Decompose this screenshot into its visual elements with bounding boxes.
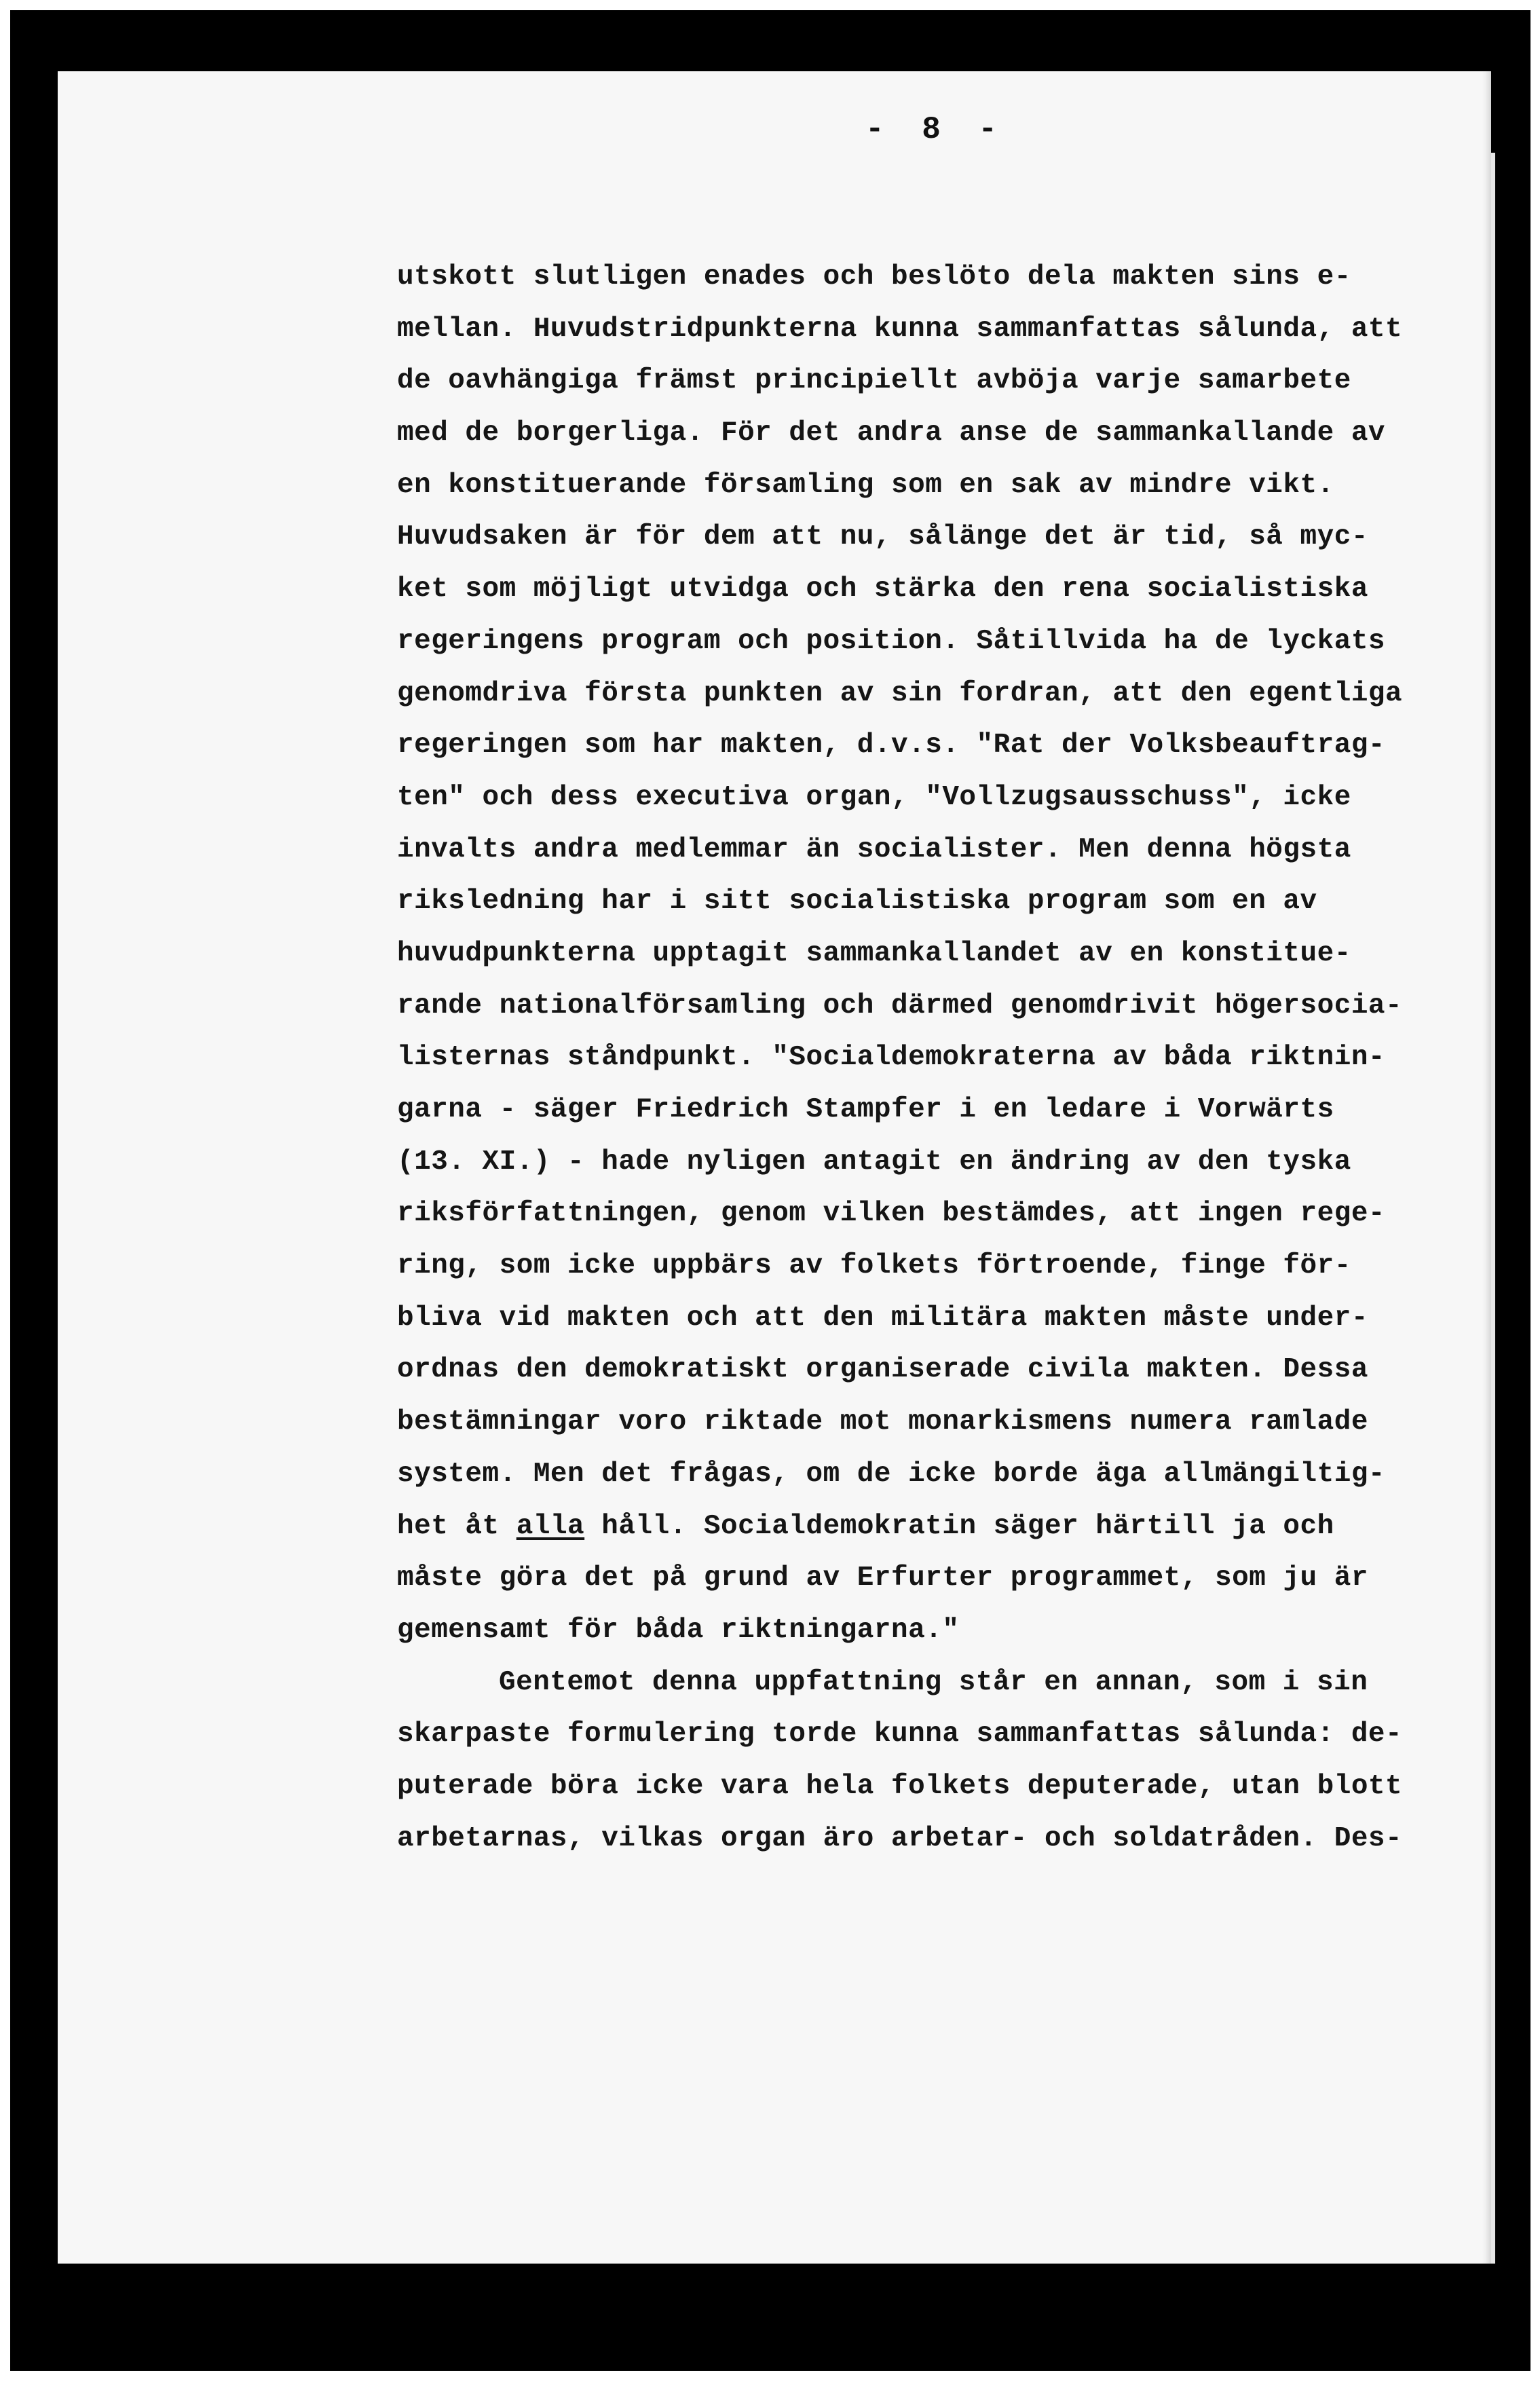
- text-line: med de borgerliga. För det andra anse de…: [397, 407, 1483, 460]
- text-line: regeringens program och position. Såtill…: [397, 616, 1483, 668]
- text-line: rande nationalförsamling och därmed geno…: [397, 980, 1483, 1032]
- text-line-indented: Gentemot denna uppfattning står en annan…: [397, 1657, 1483, 1709]
- text-line: bestämningar voro riktade mot monarkisme…: [397, 1396, 1483, 1448]
- text-segment: het åt: [397, 1511, 517, 1542]
- text-line: de oavhängiga främst principiellt avböja…: [397, 355, 1483, 407]
- text-line: regeringen som har makten, d.v.s. "Rat d…: [397, 719, 1483, 772]
- text-line: riksledning har i sitt socialistiska pro…: [397, 876, 1483, 928]
- text-line-with-underline: het åt alla håll. Socialdemokratin säger…: [397, 1501, 1483, 1553]
- text-line: puterade böra icke vara hela folkets dep…: [397, 1761, 1483, 1813]
- text-line: bliva vid makten och att den militära ma…: [397, 1292, 1483, 1345]
- text-line: ket som möjligt utvidga och stärka den r…: [397, 563, 1483, 616]
- page-body: utskott slutligen enades och beslöto del…: [397, 251, 1483, 1864]
- text-line: ring, som icke uppbärs av folkets förtro…: [397, 1240, 1483, 1292]
- text-line: gemensamt för båda riktningarna.": [397, 1605, 1483, 1657]
- page-number: - 8 -: [865, 112, 1007, 147]
- text-line: arbetarnas, vilkas organ äro arbetar- oc…: [397, 1813, 1483, 1865]
- text-line: Huvudsaken är för dem att nu, sålänge de…: [397, 511, 1483, 563]
- paper-edge: [1491, 153, 1495, 2264]
- text-line: ordnas den demokratiskt organiserade civ…: [397, 1344, 1483, 1396]
- text-line: skarpaste formulering torde kunna samman…: [397, 1708, 1483, 1761]
- text-segment: håll. Socialdemokratin säger härtill ja …: [584, 1511, 1334, 1542]
- paragraph-1: utskott slutligen enades och beslöto del…: [397, 251, 1483, 1657]
- text-line: huvudpunkterna upptagit sammankallandet …: [397, 928, 1483, 980]
- text-line: ten" och dess executiva organ, "Vollzugs…: [397, 772, 1483, 824]
- text-line: utskott slutligen enades och beslöto del…: [397, 251, 1483, 303]
- text-line: måste göra det på grund av Erfurter prog…: [397, 1552, 1483, 1605]
- paragraph-2: Gentemot denna uppfattning står en annan…: [397, 1657, 1483, 1865]
- text-line: listernas ståndpunkt. "Socialdemokratern…: [397, 1032, 1483, 1084]
- text-line: system. Men det frågas, om de icke borde…: [397, 1448, 1483, 1501]
- text-line: mellan. Huvudstridpunkterna kunna samman…: [397, 303, 1483, 356]
- text-line: invalts andra medlemmar än socialister. …: [397, 824, 1483, 876]
- text-line: en konstituerande församling som en sak …: [397, 460, 1483, 512]
- underlined-word: alla: [517, 1511, 584, 1542]
- text-line: (13. XI.) - hade nyligen antagit en ändr…: [397, 1136, 1483, 1188]
- text-line: genomdriva första punkten av sin fordran…: [397, 668, 1483, 720]
- text-line: riksförfattningen, genom vilken bestämde…: [397, 1188, 1483, 1240]
- text-line: garna - säger Friedrich Stampfer i en le…: [397, 1084, 1483, 1136]
